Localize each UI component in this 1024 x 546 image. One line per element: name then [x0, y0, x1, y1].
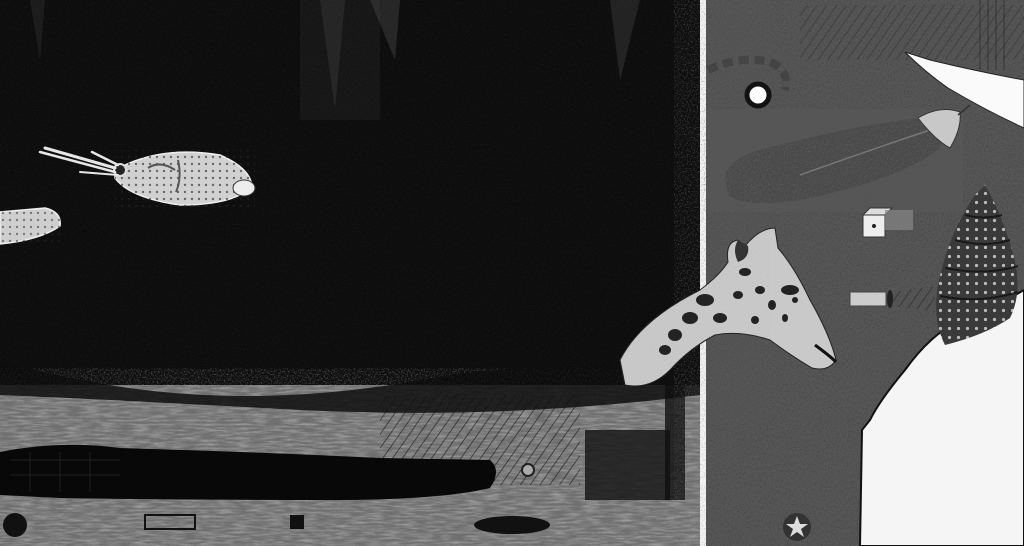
artwork-canvas — [0, 0, 1024, 546]
star-emblem — [783, 513, 811, 541]
artwork-print — [0, 0, 1024, 546]
building-shape — [585, 430, 670, 500]
